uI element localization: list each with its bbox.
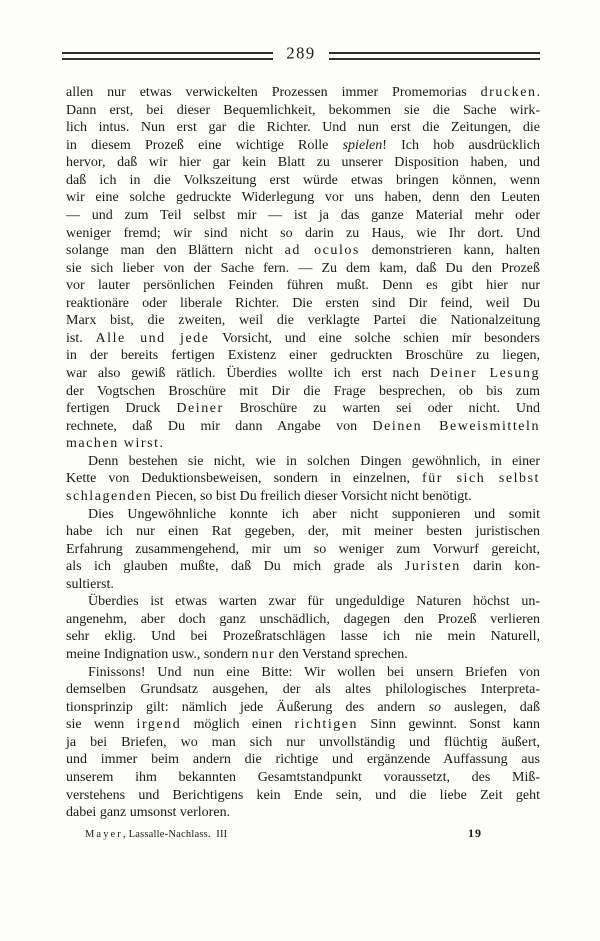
- body-text: wir eine solche gedruckte Widerlegung vo…: [66, 190, 540, 205]
- text-line: unserem ihm bekannten Gesamtstandpunkt v…: [66, 769, 540, 787]
- paragraph: Dies Ungewöhnliche konnte ich aber nicht…: [66, 506, 540, 594]
- sheet-number: 19: [468, 826, 540, 841]
- body-text: ja bei Briefen, wo man sich nur unvollst…: [66, 735, 540, 750]
- text-line: meine Indignation usw., sondern nur den …: [66, 646, 540, 664]
- text-line: sie sich lieber von der Sache fern. — Zu…: [66, 260, 540, 278]
- body-text: Sinn gewinnt. Sonst kann: [358, 717, 540, 732]
- body-text: Marx bist, die zweiten, weil die verklag…: [66, 313, 540, 328]
- emphasized-text: Mayer: [85, 829, 123, 840]
- text-line: — und zum Teil selbst mir — ist ja das g…: [66, 207, 540, 225]
- header-rule-right: [329, 52, 540, 60]
- body-text: als ich glauben mußte, daß Du mich grade…: [66, 559, 405, 574]
- text-line: machen wirst.: [66, 435, 540, 453]
- text-line: solange man den Blättern nicht ad oculos…: [66, 242, 540, 260]
- body-text: Erfahrung zusammengehend, mir um so weni…: [66, 542, 540, 557]
- page-number: 289: [286, 44, 315, 64]
- body-text: der Vogtschen Broschüre mit Dir die Frag…: [66, 384, 540, 399]
- body-text: auslegen, daß: [441, 700, 540, 715]
- text-line: Denn bestehen sie nicht, wie in solchen …: [66, 453, 540, 471]
- italic-text: so: [429, 700, 441, 715]
- text-line: war also gewiß rätlich. Überdies wollte …: [66, 365, 540, 383]
- emphasized-text: nur: [252, 647, 275, 662]
- body-text: solange man den Blättern nicht: [66, 243, 285, 258]
- text-line: schlagenden Piecen, so bist Du freilich …: [66, 488, 540, 506]
- text-line: Dies Ungewöhnliche konnte ich aber nicht…: [66, 506, 540, 524]
- italic-text: spielen: [343, 138, 383, 153]
- body-text: den Verstand sprechen.: [275, 647, 408, 662]
- body-text: in der bereits fertigen Existenz einer g…: [66, 348, 540, 363]
- text-line: reaktionäre oder liberale Richter. Die e…: [66, 295, 540, 313]
- body-text: demselben Grundsatz ausgehen, der als al…: [66, 682, 540, 697]
- emphasized-text: Juristen: [405, 559, 461, 574]
- text-line: tionsprinzip gilt: nämlich jede Äußerung…: [66, 699, 540, 717]
- body-text: verstehens und Berichtigens kein Ende se…: [66, 788, 540, 803]
- body-text: sultierst.: [66, 577, 114, 592]
- emphasized-text: Deinen Beweismitteln: [372, 419, 540, 434]
- body-text: darin kon-: [461, 559, 540, 574]
- body-text: Überdies ist etwas warten zwar für unged…: [88, 594, 540, 609]
- text-line: sie wenn irgend möglich einen richtigen …: [66, 716, 540, 734]
- text-line: wir eine solche gedruckte Widerlegung vo…: [66, 189, 540, 207]
- body-text: und immer beim andern die richtige und e…: [66, 752, 540, 767]
- footer-imprint: Mayer, Lassalle-Nachlass. III: [66, 829, 227, 840]
- body-text: .: [160, 436, 164, 451]
- body-text: vor lauter persönlichen Feinden führen m…: [66, 278, 540, 293]
- text-line: allen nur etwas verwickelten Prozessen i…: [66, 84, 540, 102]
- text-line: in der bereits fertigen Existenz einer g…: [66, 347, 540, 365]
- text-line: demselben Grundsatz ausgehen, der als al…: [66, 681, 540, 699]
- text-line: und immer beim andern die richtige und e…: [66, 751, 540, 769]
- text-line: Kette von Deduktionsbeweisen, sondern in…: [66, 470, 540, 488]
- text-body: allen nur etwas verwickelten Prozessen i…: [66, 84, 540, 822]
- body-text: Piecen, so bist Du freilich dieser Vorsi…: [152, 489, 471, 504]
- text-line: ist. Alle und jede Vorsicht, und eine so…: [66, 330, 540, 348]
- emphasized-text: für sich selbst: [422, 471, 540, 486]
- emphasized-text: Deiner Lesung: [430, 366, 540, 381]
- body-text: Denn bestehen sie nicht, wie in solchen …: [88, 454, 540, 469]
- body-text: ! Ich hob ausdrücklich: [382, 138, 540, 153]
- emphasized-text: irgend: [137, 717, 182, 732]
- body-text: Finissons! Und nun eine Bitte: Wir wolle…: [88, 665, 540, 680]
- body-text: Dann erst, bei dieser Bequemlichkeit, be…: [66, 103, 540, 118]
- body-text: weniger fremd; wir sind nicht so darin z…: [66, 226, 540, 241]
- body-text: fertigen Druck: [66, 401, 176, 416]
- text-line: daß ich in die Volkszeitung erst würde e…: [66, 172, 540, 190]
- emphasized-text: richtigen: [294, 717, 358, 732]
- text-line: Dann erst, bei dieser Bequemlichkeit, be…: [66, 102, 540, 120]
- text-line: Überdies ist etwas warten zwar für unged…: [66, 593, 540, 611]
- body-text: , Lassalle-Nachlass. III: [123, 829, 227, 840]
- text-line: dabei ganz umsonst verloren.: [66, 804, 540, 822]
- text-line: sehr eklig. Und bei Prozeßratschlägen la…: [66, 628, 540, 646]
- text-line: rechnete, daß Du mir dann Angabe von Dei…: [66, 418, 540, 436]
- text-line: sultierst.: [66, 576, 540, 594]
- body-text: demonstrieren kann, halten: [360, 243, 540, 258]
- emphasized-text: machen wirst: [66, 436, 160, 451]
- emphasized-text: schlagenden: [66, 489, 152, 504]
- paragraph: Überdies ist etwas warten zwar für unged…: [66, 593, 540, 663]
- body-text: reaktionäre oder liberale Richter. Die e…: [66, 296, 540, 311]
- book-page: 289 allen nur etwas verwickelten Prozess…: [0, 0, 600, 941]
- body-text: sehr eklig. Und bei Prozeßratschlägen la…: [66, 629, 540, 644]
- header-rule-left: [62, 52, 273, 60]
- text-line: habe ich nur einen Rat gegeben, der, mit…: [66, 523, 540, 541]
- text-line: hervor, daß wir hier gar kein Blatt zu u…: [66, 154, 540, 172]
- body-text: möglich einen: [181, 717, 294, 732]
- text-line: weniger fremd; wir sind nicht so darin z…: [66, 225, 540, 243]
- emphasized-text: Deiner: [176, 401, 223, 416]
- body-text: in diesem Prozeß eine wichtige Rolle: [66, 138, 343, 153]
- body-text: lich intus. Nun erst gar die Richter. Un…: [66, 120, 540, 135]
- body-text: .: [537, 85, 541, 100]
- emphasized-text: Alle und jede: [96, 331, 210, 346]
- text-line: ja bei Briefen, wo man sich nur unvollst…: [66, 734, 540, 752]
- text-line: als ich glauben mußte, daß Du mich grade…: [66, 558, 540, 576]
- body-text: rechnete, daß Du mir dann Angabe von: [66, 419, 372, 434]
- text-line: vor lauter persönlichen Feinden führen m…: [66, 277, 540, 295]
- text-line: der Vogtschen Broschüre mit Dir die Frag…: [66, 383, 540, 401]
- body-text: unserem ihm bekannten Gesamtstandpunkt v…: [66, 770, 540, 785]
- body-text: Kette von Deduktionsbeweisen, sondern in…: [66, 471, 422, 486]
- text-line: Erfahrung zusammengehend, mir um so weni…: [66, 541, 540, 559]
- text-line: lich intus. Nun erst gar die Richter. Un…: [66, 119, 540, 137]
- text-line: fertigen Druck Deiner Broschüre zu warte…: [66, 400, 540, 418]
- text-line: angenehm, aber doch ganz unschädlich, da…: [66, 611, 540, 629]
- body-text: dabei ganz umsonst verloren.: [66, 805, 230, 820]
- body-text: daß ich in die Volkszeitung erst würde e…: [66, 173, 540, 188]
- text-line: in diesem Prozeß eine wichtige Rolle spi…: [66, 137, 540, 155]
- body-text: allen nur etwas verwickelten Prozessen i…: [66, 85, 481, 100]
- body-text: meine Indignation usw., sondern: [66, 647, 252, 662]
- text-line: Finissons! Und nun eine Bitte: Wir wolle…: [66, 664, 540, 682]
- page-footer: Mayer, Lassalle-Nachlass. III 19: [66, 826, 540, 841]
- emphasized-text: drucken: [481, 85, 537, 100]
- page-header: 289: [62, 44, 540, 64]
- body-text: war also gewiß rätlich. Überdies wollte …: [66, 366, 430, 381]
- body-text: habe ich nur einen Rat gegeben, der, mit…: [66, 524, 540, 539]
- text-line: Marx bist, die zweiten, weil die verklag…: [66, 312, 540, 330]
- body-text: Broschüre zu warten sei oder nicht. Und: [224, 401, 540, 416]
- body-text: ist.: [66, 331, 96, 346]
- body-text: sie sich lieber von der Sache fern. — Zu…: [66, 261, 540, 276]
- body-text: Vorsicht, und eine solche schien mir bes…: [210, 331, 540, 346]
- paragraph: Finissons! Und nun eine Bitte: Wir wolle…: [66, 664, 540, 822]
- body-text: tionsprinzip gilt: nämlich jede Äußerung…: [66, 700, 429, 715]
- body-text: Dies Ungewöhnliche konnte ich aber nicht…: [88, 507, 540, 522]
- body-text: sie wenn: [66, 717, 137, 732]
- text-line: verstehens und Berichtigens kein Ende se…: [66, 787, 540, 805]
- body-text: — und zum Teil selbst mir — ist ja das g…: [66, 208, 540, 223]
- body-text: angenehm, aber doch ganz unschädlich, da…: [66, 612, 540, 627]
- body-text: hervor, daß wir hier gar kein Blatt zu u…: [66, 155, 540, 170]
- paragraph: Denn bestehen sie nicht, wie in solchen …: [66, 453, 540, 506]
- emphasized-text: ad oculos: [285, 243, 360, 258]
- paragraph: allen nur etwas verwickelten Prozessen i…: [66, 84, 540, 453]
